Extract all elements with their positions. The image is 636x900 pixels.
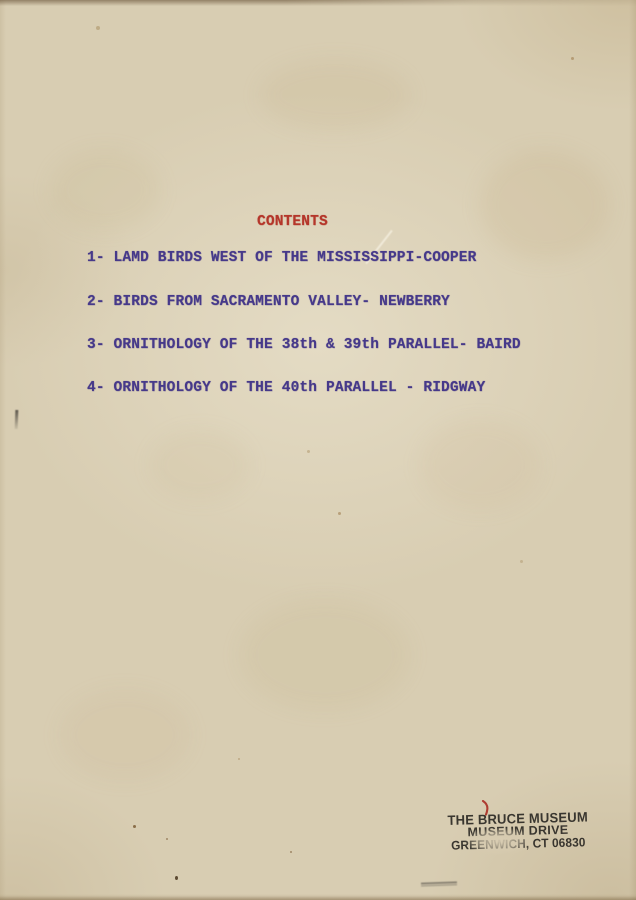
age-stain <box>150 430 250 500</box>
contents-entry-3: 3- ORNITHOLOGY OF THE 38th & 39th PARALL… <box>87 337 521 353</box>
age-stain <box>480 150 610 260</box>
foxing-spot <box>290 851 292 853</box>
foxing-spot <box>571 57 574 60</box>
foxing-spot <box>166 838 168 840</box>
pencil-mark-left-edge <box>15 410 19 429</box>
foxing-spot <box>520 560 523 563</box>
age-stain <box>260 60 410 130</box>
age-stain <box>240 600 410 710</box>
foxing-spot <box>175 876 178 880</box>
page-top-edge-shadow <box>0 0 636 6</box>
foxing-spot <box>238 758 240 760</box>
page-title: CONTENTS <box>257 214 328 230</box>
contents-entry-1: 1- LAMD BIRDS WEST OF THE MISSISSIPPI-CO… <box>87 250 476 266</box>
page-bottom-edge-shadow <box>0 896 636 900</box>
stamp-line-city: GREENWICH, CT 06830 <box>451 836 586 852</box>
museum-stamp: THE BRUCE MUSEUM MUSEUM DRIVE GREENWICH,… <box>447 810 590 852</box>
foxing-spot <box>307 450 310 453</box>
contents-entry-4: 4- ORNITHOLOGY OF THE 40th PARALLEL - RI… <box>87 380 485 396</box>
scanned-contents-page: CONTENTS 1- LAMD BIRDS WEST OF THE MISSI… <box>0 0 636 900</box>
foxing-spot <box>96 26 100 30</box>
foxing-spot <box>338 512 341 515</box>
stamp-line-museum-name: THE BRUCE MUSEUM <box>447 810 589 827</box>
pencil-smudge-bottom <box>421 881 457 886</box>
age-stain <box>420 420 540 510</box>
age-stain <box>60 690 190 780</box>
foxing-spot <box>133 825 136 828</box>
contents-entry-2: 2- BIRDS FROM SACRAMENTO VALLEY- NEWBERR… <box>87 294 450 310</box>
age-stain <box>50 150 160 230</box>
